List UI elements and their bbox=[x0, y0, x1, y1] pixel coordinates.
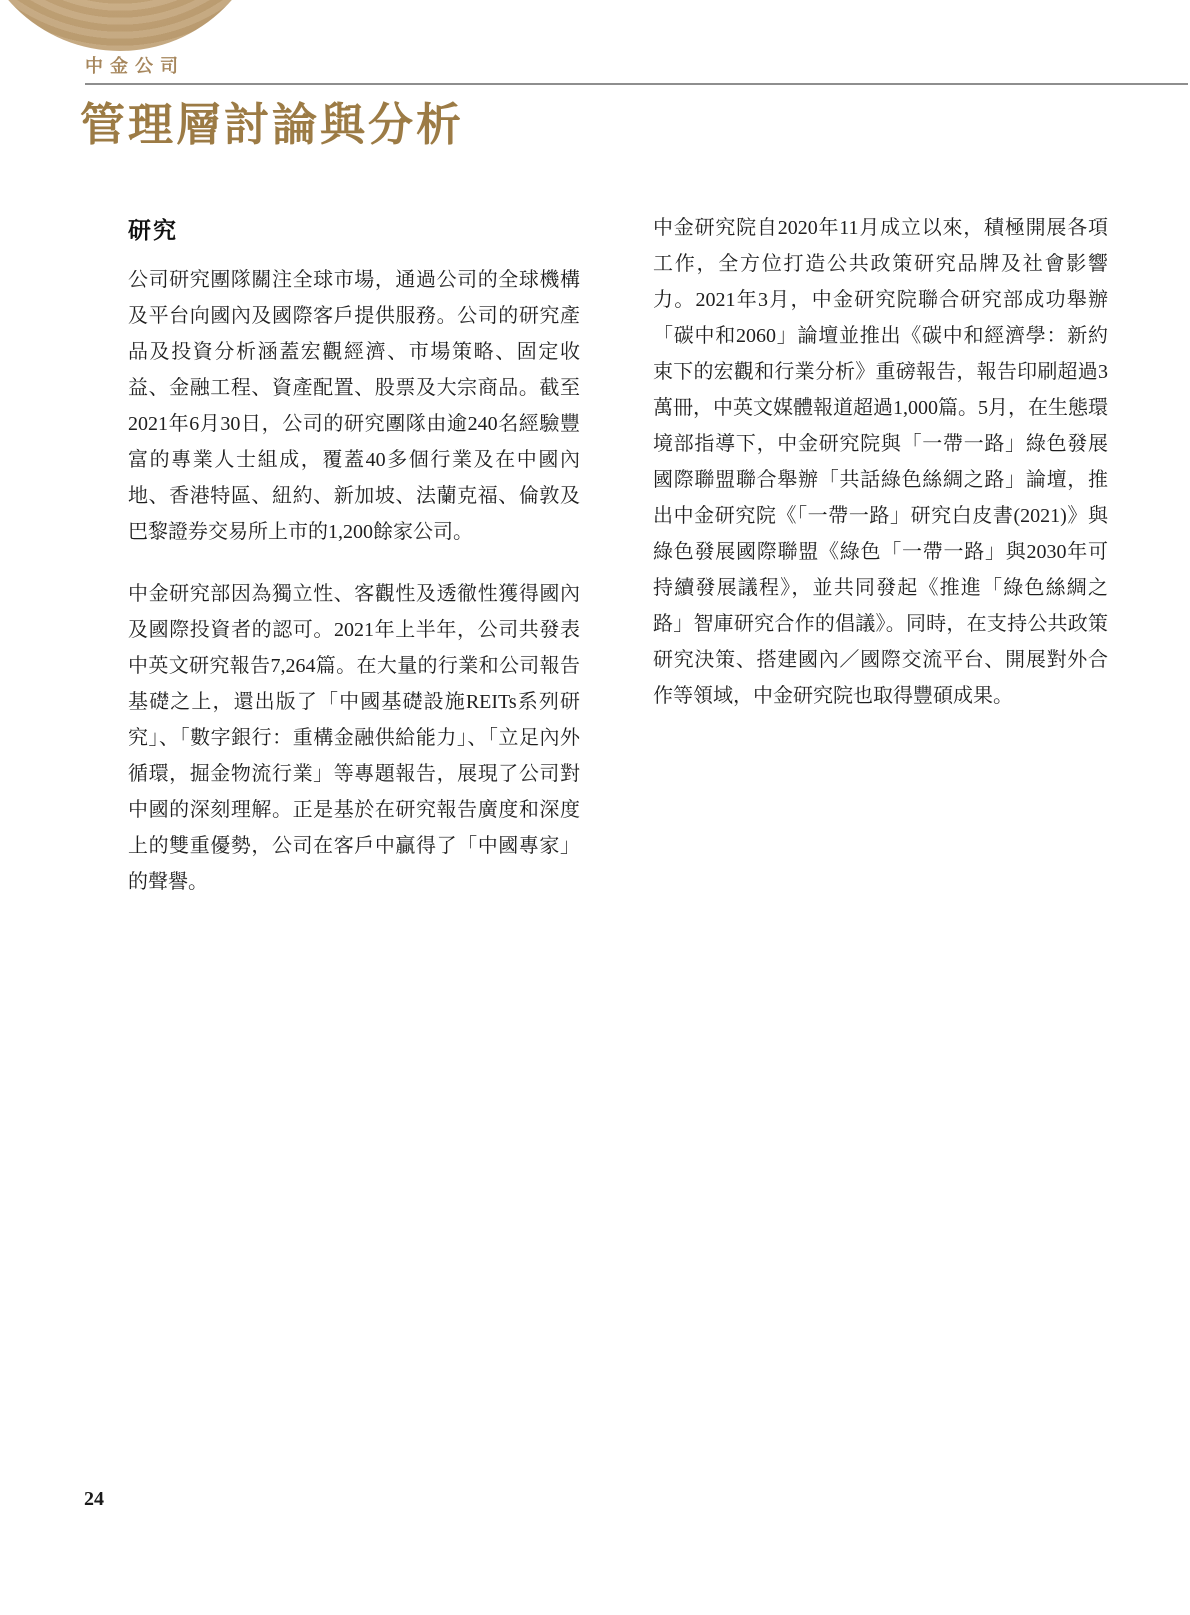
research-paragraph-2: 中金研究部因為獨立性、客觀性及透徹性獲得國內及國際投資者的認可。2021年上半年… bbox=[128, 576, 580, 900]
ornament-circle-icon bbox=[0, 0, 268, 51]
right-column: 中金研究院自2020年11月成立以來，積極開展各項工作，全方位打造公共政策研究品… bbox=[653, 210, 1108, 714]
brand-name: 中金公司 bbox=[85, 52, 185, 78]
research-institute-paragraph: 中金研究院自2020年11月成立以來，積極開展各項工作，全方位打造公共政策研究品… bbox=[653, 210, 1108, 714]
page-number: 24 bbox=[84, 1488, 104, 1511]
header-divider bbox=[85, 83, 1188, 85]
section-heading-research: 研究 bbox=[128, 216, 580, 246]
research-paragraph-1: 公司研究團隊關注全球市場，通過公司的全球機構及平台向國內及國際客戶提供服務。公司… bbox=[128, 262, 580, 550]
page-title: 管理層討論與分析 bbox=[80, 96, 464, 154]
left-column: 研究 公司研究團隊關注全球市場，通過公司的全球機構及平台向國內及國際客戶提供服務… bbox=[128, 216, 580, 900]
